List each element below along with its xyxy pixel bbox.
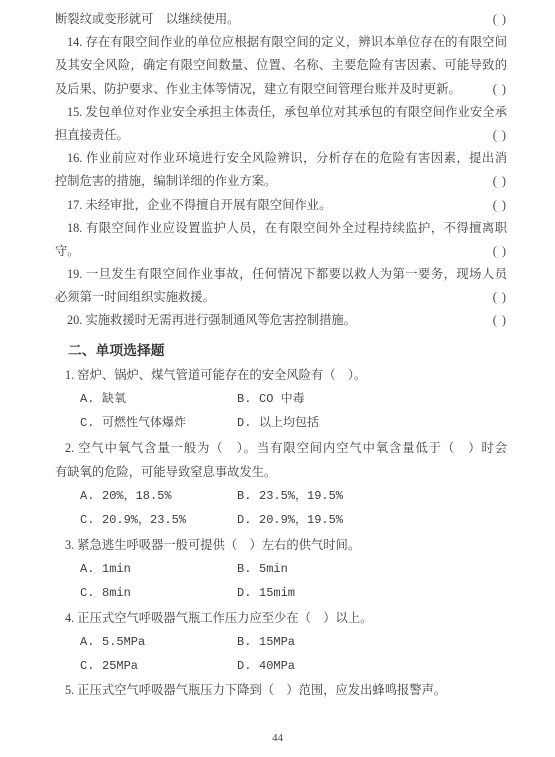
option-text: 缺氧 <box>102 387 126 411</box>
section-title: 二、单项选择题 <box>55 339 507 363</box>
answer-bracket: ( ) <box>493 8 507 31</box>
option-row: A.1minB.5min <box>55 557 507 581</box>
tf-line: 17. 未经审批，企业不得擅自开展有限空间作业。( ) <box>55 194 507 217</box>
question-stem: 1. 窑炉、锅炉、煤气管道可能存在的安全风险有（ ）。 <box>55 363 507 387</box>
tf-line: 19. 一旦发生有限空间作业事故，任何情况下都要以救人为第一要务，现场人员 <box>55 263 507 286</box>
option: C.可燃性气体爆炸 <box>80 411 237 435</box>
option-text: 23.5%，19.5% <box>259 484 343 508</box>
tf-item: 断裂纹或变形就可 以继续使用。( ) <box>55 8 507 31</box>
tf-line: 断裂纹或变形就可 以继续使用。( ) <box>55 8 507 31</box>
tf-item: 19. 一旦发生有限空间作业事故，任何情况下都要以救人为第一要务，现场人员必须第… <box>55 263 507 309</box>
tf-line: 15. 发包单位对作业安全承担主体责任，承包单位对其承包的有限空间作业安全承 <box>55 101 507 124</box>
option-letter: D. <box>237 581 259 605</box>
tf-line: 及后果、防护要求、作业主体等情况，建立有限空间管理台账并及时更新。( ) <box>55 78 507 101</box>
option-text: 20%，18.5% <box>102 484 172 508</box>
option-text: 5.5MPa <box>102 630 145 654</box>
question: 2. 空气中氧气含量一般为（ ）。当有限空间内空气中氧含量低于（ ）时会有缺氧的… <box>55 436 507 533</box>
option-text: 5min <box>259 557 288 581</box>
option-row: A.缺氧B.CO 中毒 <box>55 387 507 411</box>
question: 3. 紧急逃生呼吸器一般可提供（ ）左右的供气时间。A.1minB.5minC.… <box>55 533 507 606</box>
question: 1. 窑炉、锅炉、煤气管道可能存在的安全风险有（ ）。A.缺氧B.CO 中毒C.… <box>55 363 507 436</box>
tf-line-text: 担直接责任。 <box>55 124 129 147</box>
option-letter: A. <box>80 630 102 654</box>
option-letter: C. <box>80 654 102 678</box>
option-text: 1min <box>102 557 131 581</box>
tf-item: 20. 实施救援时无需再进行强制通风等危害控制措施。( ) <box>55 309 507 332</box>
option-row: C.8minD.15mim <box>55 581 507 605</box>
tf-item: 17. 未经审批，企业不得擅自开展有限空间作业。( ) <box>55 194 507 217</box>
page-content: 断裂纹或变形就可 以继续使用。( )14. 存在有限空间作业的单位应根据有限空间… <box>55 8 507 703</box>
option-text: 20.9%，19.5% <box>259 508 343 532</box>
answer-bracket: ( ) <box>493 170 507 193</box>
tf-line: 控制危害的措施，编制详细的作业方案。( ) <box>55 170 507 193</box>
tf-line-text: 17. 未经审批，企业不得擅自开展有限空间作业。 <box>67 194 331 217</box>
option-row: C.可燃性气体爆炸D.以上均包括 <box>55 411 507 435</box>
tf-line: 14. 存在有限空间作业的单位应根据有限空间的定义，辨识本单位存在的有限空间 <box>55 31 507 54</box>
option-row: A.20%，18.5%B.23.5%，19.5% <box>55 484 507 508</box>
option: C.20.9%，23.5% <box>80 508 237 532</box>
tf-item: 18. 有限空间作业应设置监护人员，在有限空间外全过程持续监护，不得擅离职守。(… <box>55 217 507 263</box>
tf-line: 18. 有限空间作业应设置监护人员，在有限空间外全过程持续监护，不得擅离职 <box>55 217 507 240</box>
page-number: 44 <box>0 732 555 744</box>
tf-line: 必须第一时间组织实施救援。( ) <box>55 286 507 309</box>
answer-bracket: ( ) <box>493 309 507 332</box>
tf-line: 及其安全风险，确定有限空间数量、位置、名称、主要危险有害因素、可能导致的事故 <box>55 54 507 77</box>
option: A.1min <box>80 557 237 581</box>
option-text: 20.9%，23.5% <box>102 508 186 532</box>
option: A.5.5MPa <box>80 630 237 654</box>
tf-line: 担直接责任。( ) <box>55 124 507 147</box>
question: 4. 正压式空气呼吸器气瓶工作压力应至少在（ ）以上。A.5.5MPaB.15M… <box>55 606 507 679</box>
answer-bracket: ( ) <box>493 240 507 263</box>
option: D.以上均包括 <box>237 411 319 435</box>
option-text: 8min <box>102 581 131 605</box>
option: C.25MPa <box>80 654 237 678</box>
answer-bracket: ( ) <box>493 78 507 101</box>
option-letter: B. <box>237 557 259 581</box>
option: D.40MPa <box>237 654 295 678</box>
option-letter: B. <box>237 387 259 411</box>
option-letter: A. <box>80 484 102 508</box>
tf-line: 守。( ) <box>55 240 507 263</box>
option: A.缺氧 <box>80 387 237 411</box>
tf-line: 20. 实施救援时无需再进行强制通风等危害控制措施。( ) <box>55 309 507 332</box>
tf-line: 16. 作业前应对作业环境进行安全风险辨识，分析存在的危险有害因素，提出消除、 <box>55 147 507 170</box>
option: C.8min <box>80 581 237 605</box>
option-text: CO 中毒 <box>259 387 305 411</box>
option-letter: D. <box>237 411 259 435</box>
tf-line-text: 必须第一时间组织实施救援。 <box>55 286 215 309</box>
document-page: 断裂纹或变形就可 以继续使用。( )14. 存在有限空间作业的单位应根据有限空间… <box>0 0 555 757</box>
answer-bracket: ( ) <box>493 194 507 217</box>
question-stem: 4. 正压式空气呼吸器气瓶工作压力应至少在（ ）以上。 <box>55 606 507 630</box>
option: B.5min <box>237 557 288 581</box>
tf-line-text: 及后果、防护要求、作业主体等情况，建立有限空间管理台账并及时更新。 <box>55 78 461 101</box>
option: A.20%，18.5% <box>80 484 237 508</box>
answer-bracket: ( ) <box>493 286 507 309</box>
option-text: 40MPa <box>259 654 295 678</box>
option: D.20.9%，19.5% <box>237 508 343 532</box>
option-text: 25MPa <box>102 654 138 678</box>
option-letter: C. <box>80 411 102 435</box>
question-stem: 3. 紧急逃生呼吸器一般可提供（ ）左右的供气时间。 <box>55 533 507 557</box>
tf-line-text: 控制危害的措施，编制详细的作业方案。 <box>55 170 276 193</box>
option-letter: C. <box>80 581 102 605</box>
tf-line-text: 20. 实施救援时无需再进行强制通风等危害控制措施。 <box>67 309 356 332</box>
truefalse-section: 断裂纹或变形就可 以继续使用。( )14. 存在有限空间作业的单位应根据有限空间… <box>55 8 507 333</box>
tf-item: 16. 作业前应对作业环境进行安全风险辨识，分析存在的危险有害因素，提出消除、控… <box>55 147 507 193</box>
tf-item: 15. 发包单位对作业安全承担主体责任，承包单位对其承包的有限空间作业安全承担直… <box>55 101 507 147</box>
option-text: 以上均包括 <box>259 411 319 435</box>
question: 5. 正压式空气呼吸器气瓶压力下降到（ ）范围，应发出蜂鸣报警声。 <box>55 678 507 702</box>
option-text: 15mim <box>259 581 295 605</box>
option-text: 可燃性气体爆炸 <box>102 411 186 435</box>
tf-line-text: 守。 <box>55 240 80 263</box>
option: B.15MPa <box>237 630 295 654</box>
question-stem: 2. 空气中氧气含量一般为（ ）。当有限空间内空气中氧含量低于（ ）时会 <box>55 436 507 460</box>
option: B.23.5%，19.5% <box>237 484 343 508</box>
tf-line-text: 断裂纹或变形就可 以继续使用。 <box>55 8 239 31</box>
option: B.CO 中毒 <box>237 387 305 411</box>
option-letter: B. <box>237 630 259 654</box>
tf-item: 14. 存在有限空间作业的单位应根据有限空间的定义，辨识本单位存在的有限空间及其… <box>55 31 507 101</box>
option-letter: A. <box>80 387 102 411</box>
option: D.15mim <box>237 581 295 605</box>
option-letter: A. <box>80 557 102 581</box>
question-stem: 有缺氧的危险，可能导致窒息事故发生。 <box>55 460 507 484</box>
answer-bracket: ( ) <box>493 124 507 147</box>
option-letter: C. <box>80 508 102 532</box>
option-row: C.20.9%，23.5%D.20.9%，19.5% <box>55 508 507 532</box>
option-letter: B. <box>237 484 259 508</box>
option-letter: D. <box>237 508 259 532</box>
multiple-choice-section: 1. 窑炉、锅炉、煤气管道可能存在的安全风险有（ ）。A.缺氧B.CO 中毒C.… <box>55 363 507 703</box>
option-letter: D. <box>237 654 259 678</box>
option-row: A.5.5MPaB.15MPa <box>55 630 507 654</box>
option-row: C.25MPaD.40MPa <box>55 654 507 678</box>
question-stem: 5. 正压式空气呼吸器气瓶压力下降到（ ）范围，应发出蜂鸣报警声。 <box>55 678 507 702</box>
option-text: 15MPa <box>259 630 295 654</box>
